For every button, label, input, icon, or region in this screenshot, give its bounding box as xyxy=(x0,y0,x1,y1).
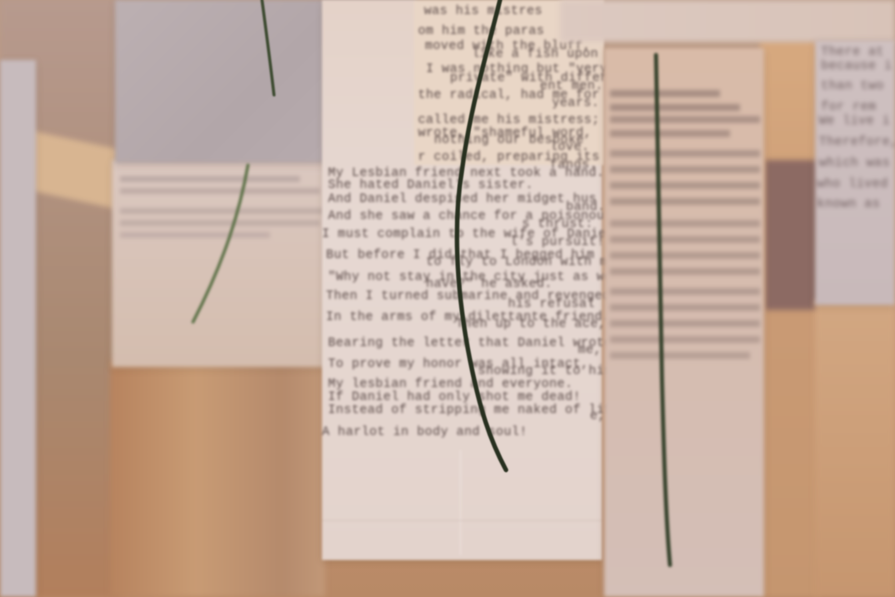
stem-upper-left xyxy=(262,0,274,95)
stem-right xyxy=(656,55,670,565)
stem-lower-left xyxy=(193,165,248,322)
stem-center xyxy=(457,0,506,470)
photo-scene: was his mistres om him the paras moved w… xyxy=(0,0,895,597)
stems-layer xyxy=(0,0,895,597)
